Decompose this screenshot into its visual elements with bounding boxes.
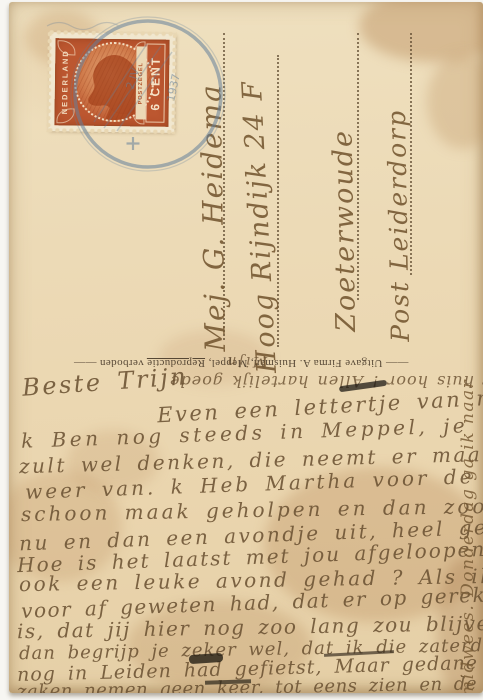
stamp-value-label: 6 CENT — [145, 43, 165, 122]
stamp-design: NEDERLAND POSTZEGEL 6 CENT — [54, 38, 169, 127]
address-postoffice: Post Leiderdorp — [382, 109, 415, 342]
postcard: Mej. G. Heidema Hoog Rijndijk 24 F Zoete… — [9, 2, 483, 693]
stamp-perforation — [47, 128, 175, 135]
postage-stamp: NEDERLAND POSTZEGEL 6 CENT — [48, 32, 175, 133]
message-inverted-word: Mijn — [225, 353, 267, 369]
stamp-country-label: NEDERLAND — [57, 42, 72, 121]
postmark-cross-icon — [127, 137, 140, 150]
paper-stain — [427, 54, 483, 149]
address-street: Hoog Rijndijk 24 F — [237, 79, 283, 374]
paper-stain — [359, 2, 483, 62]
message-margin-note: midwees. Donderdag ga ik naar — [458, 379, 478, 693]
stamp-perforation — [171, 33, 177, 134]
address-town: Zoeterwoude — [327, 129, 362, 332]
address-name: Mej. G. Heidema — [194, 83, 232, 352]
message-greeting: Beste Trijn — [21, 362, 189, 402]
stamp-perforation — [49, 30, 177, 37]
scanned-postcard-back: { "postcard": { "stamp": { "country": "N… — [0, 0, 483, 700]
stamp-perforation — [46, 31, 52, 132]
